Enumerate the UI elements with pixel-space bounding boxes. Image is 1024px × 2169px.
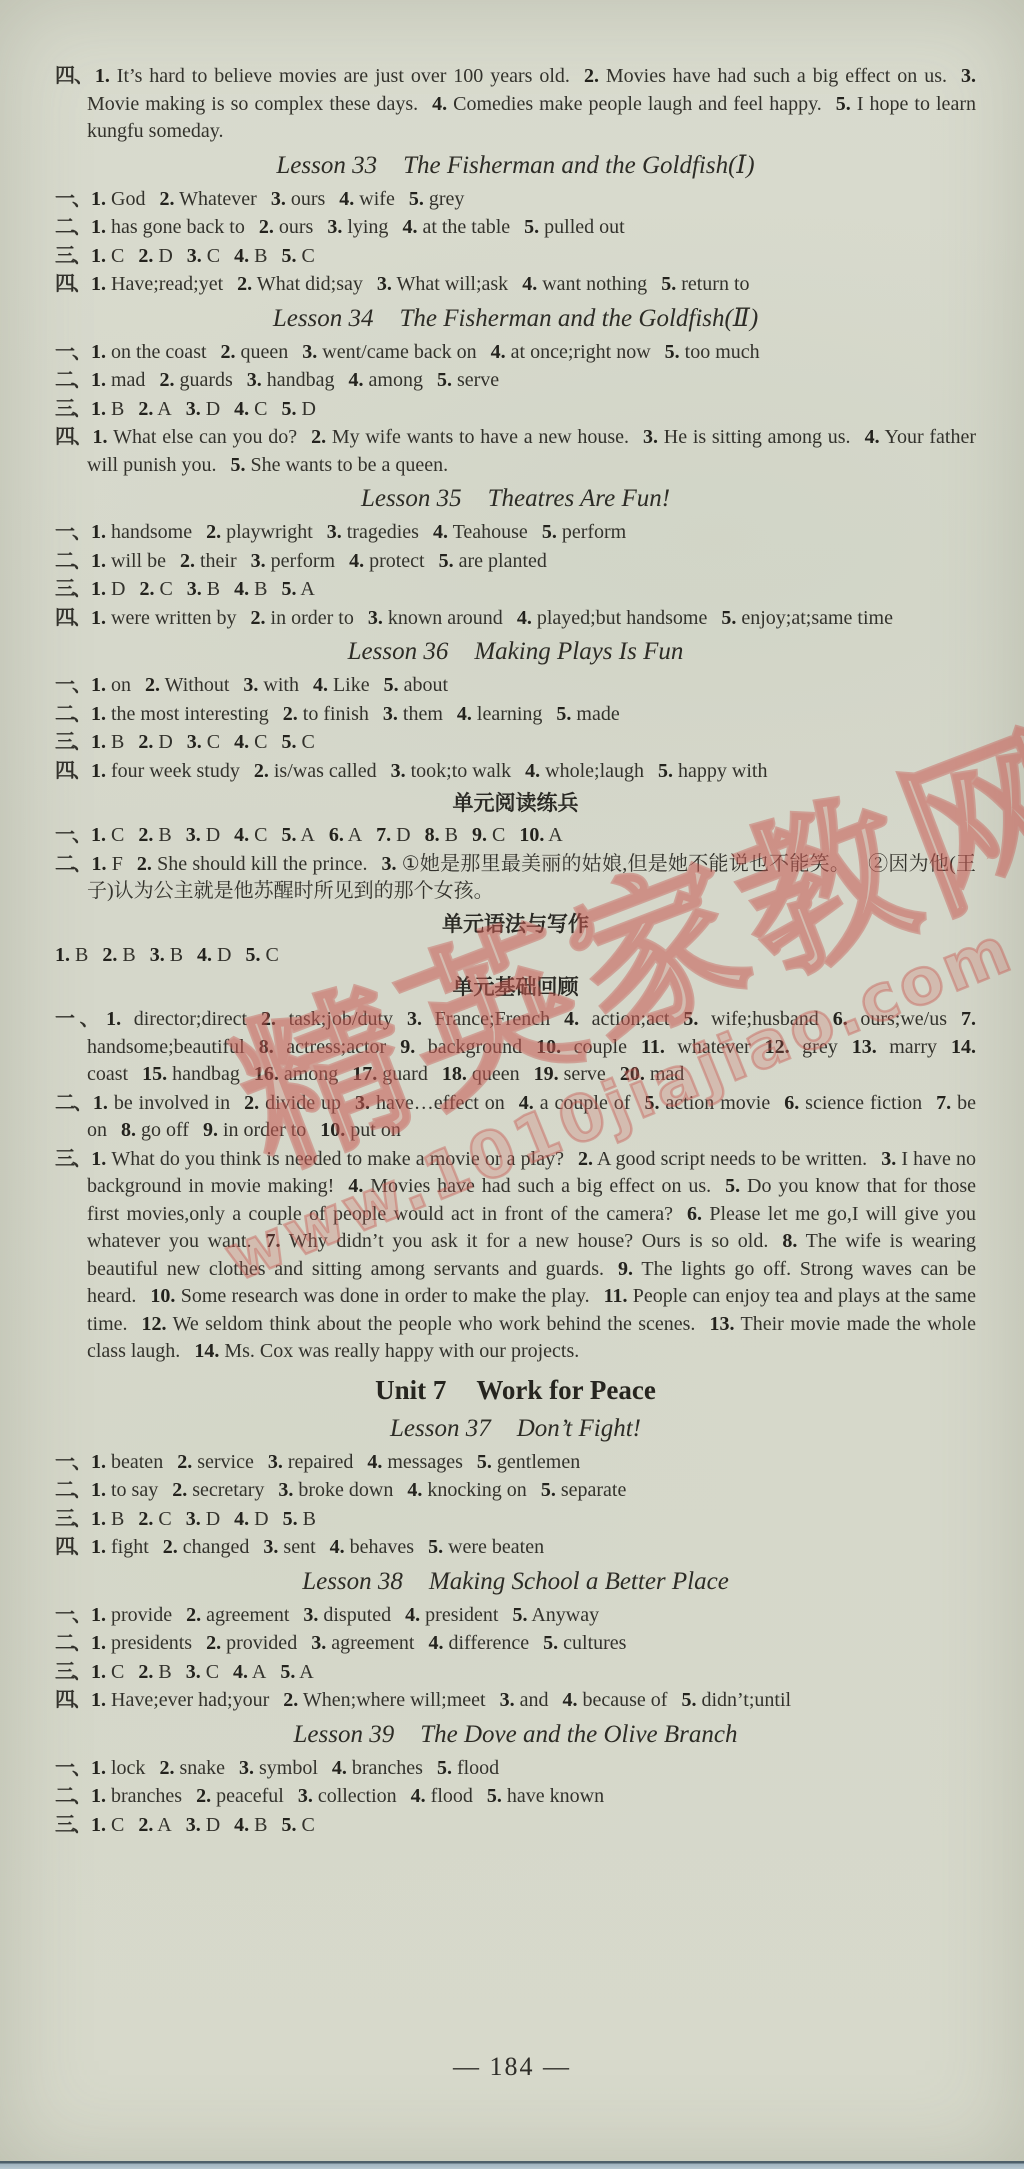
answer-number: 2. <box>584 65 599 87</box>
lesson-heading: Lesson 33The Fisherman and the Goldfish(… <box>55 148 976 184</box>
answer-number: 10. <box>536 1036 561 1058</box>
answer-number: 3. <box>251 550 266 572</box>
answer-number: 4. <box>517 607 532 629</box>
answer-number: 5. <box>658 760 673 782</box>
answer-number: 1. <box>91 216 106 238</box>
answer-number: 4. <box>411 1785 426 1807</box>
answer-text: A <box>344 824 362 846</box>
answer-text: tragedies <box>342 521 419 543</box>
answer-text: and <box>515 1689 549 1711</box>
answer-text: C <box>106 1814 124 1836</box>
answer-text: Movies have had such a big effect on us. <box>363 1175 711 1197</box>
answer-number: 16. <box>254 1063 279 1085</box>
answer-text: D <box>201 1814 220 1836</box>
answer-number: 2. <box>206 1632 221 1654</box>
answer-number: 1. <box>91 578 106 600</box>
answer-text: Without <box>160 674 229 696</box>
answer-text: want nothing <box>537 273 647 295</box>
answer-number: 5. <box>281 578 296 600</box>
answer-text: took;to walk <box>406 760 512 782</box>
answer-text: What else can you do? <box>107 426 297 448</box>
answer-text: B <box>249 578 267 600</box>
answer-text: Movie making is so complex these days. <box>87 93 418 115</box>
answer-section-label: 四、 <box>55 63 93 87</box>
answer-text: C <box>249 398 267 420</box>
answer-text: Ms. Cox was really happy with our projec… <box>219 1340 579 1362</box>
answer-line-group: 四、1. Have;ever had;your2. When;where wil… <box>55 1686 976 1715</box>
answer-section-label: 三、 <box>55 729 89 753</box>
answer-text: C <box>202 245 220 267</box>
answer-text: C <box>154 578 172 600</box>
page-number: — 184 — <box>0 2052 1024 2082</box>
answer-text: D <box>212 944 231 966</box>
answer-number: 5. <box>409 188 424 210</box>
answer-section-label: 四、 <box>55 424 90 448</box>
answer-text: D <box>153 731 172 753</box>
answer-number: 4. <box>402 216 417 238</box>
answer-section-label: 四、 <box>55 758 89 782</box>
answer-number: 2. <box>177 1451 192 1473</box>
answer-text: were written by <box>106 607 237 629</box>
answer-text: went/came back on <box>317 341 476 363</box>
answer-number: 1. <box>91 1814 106 1836</box>
answer-line-group: 一、1. provide2. agreement3. disputed4. pr… <box>55 1601 976 1630</box>
answer-text: about <box>399 674 448 696</box>
answer-number: 7. <box>961 1008 976 1030</box>
lesson-heading: Lesson 36Making Plays Is Fun <box>55 634 976 670</box>
answer-number: 15. <box>142 1063 167 1085</box>
answer-text: be involved in <box>108 1092 230 1114</box>
answer-number: 2. <box>138 824 153 846</box>
answer-text: known around <box>383 607 503 629</box>
answer-section-label: 三、 <box>55 1506 89 1530</box>
answer-number: 2. <box>283 1689 298 1711</box>
answer-text: difference <box>443 1632 529 1654</box>
answer-number: 2. <box>138 245 153 267</box>
answer-number: 7. <box>936 1092 951 1114</box>
answer-number: 5. <box>721 607 736 629</box>
answer-text: collection <box>313 1785 397 1807</box>
answer-number: 1. <box>91 188 106 210</box>
answer-text: secretary <box>187 1479 264 1501</box>
answer-text: D <box>201 1508 220 1530</box>
answer-number: 1. <box>91 760 106 782</box>
answer-text: What do you think is needed to make a mo… <box>106 1148 564 1170</box>
answer-line-group: 二、1. be involved in2. divide up3. have…e… <box>55 1089 976 1145</box>
answer-number: 4. <box>407 1479 422 1501</box>
answer-number: 4. <box>522 273 537 295</box>
answer-text: A <box>296 578 314 600</box>
answer-number: 1. <box>93 1092 108 1114</box>
answer-text: divide up <box>259 1092 341 1114</box>
answer-section-label: 二、 <box>55 367 89 391</box>
answer-number: 5. <box>477 1451 492 1473</box>
answer-section-label: 二、 <box>55 701 89 725</box>
answer-number: 4. <box>234 731 249 753</box>
lesson-title: The Fisherman and the Goldfish(Ⅱ) <box>400 305 759 332</box>
answer-line-group: 1. B2. B3. B4. D5. C <box>55 942 976 970</box>
answer-line-group: 三、1. B2. D3. C4. C5. C <box>55 728 976 757</box>
answer-number: 5. <box>281 824 296 846</box>
lesson-heading: Lesson 37Don’t Fight! <box>55 1411 976 1447</box>
answer-section-label: 二、 <box>55 1090 91 1114</box>
answer-number: 3. <box>150 944 165 966</box>
answer-number: 2. <box>138 731 153 753</box>
answer-text: ours <box>286 188 325 210</box>
answer-number: 1. <box>91 853 106 875</box>
answer-number: 5. <box>428 1536 443 1558</box>
answer-text: task;job/duty <box>276 1008 393 1030</box>
answer-text: are planted <box>454 550 547 572</box>
answer-text: science fiction <box>799 1092 922 1114</box>
answer-number: 3. <box>881 1148 896 1170</box>
answer-text: queen <box>236 341 289 363</box>
answer-text: agreement <box>326 1632 414 1654</box>
answer-text: learning <box>472 703 543 725</box>
answer-number: 18. <box>442 1063 467 1085</box>
answer-text: put on <box>345 1119 401 1141</box>
answer-text: repaired <box>283 1451 354 1473</box>
answer-number: 4. <box>197 944 212 966</box>
answer-text: Have;ever had;your <box>106 1689 269 1711</box>
answer-number: 4. <box>432 93 447 115</box>
answer-text: C <box>106 824 124 846</box>
answer-text: C <box>296 1814 314 1836</box>
answer-line-group: 一、1. handsome2. playwright3. tragedies4.… <box>55 518 976 547</box>
answer-text: Anyway <box>527 1604 599 1626</box>
answer-text: A good script needs to be written. <box>593 1148 867 1170</box>
answer-text: guards <box>174 369 232 391</box>
answer-number: 14. <box>194 1340 219 1362</box>
answer-number: 3. <box>271 188 286 210</box>
answer-text: four week study <box>106 760 240 782</box>
answer-number: 5. <box>281 398 296 420</box>
answer-number: 7. <box>265 1230 280 1252</box>
answer-line-group: 三、1. What do you think is needed to make… <box>55 1145 976 1366</box>
answer-line-group: 二、1. the most interesting2. to finish3. … <box>55 700 976 729</box>
answer-text: on the coast <box>106 341 207 363</box>
answer-text: God <box>106 188 145 210</box>
answer-section-label: 四、 <box>55 271 89 295</box>
answer-section-label: 二、 <box>55 548 89 572</box>
answer-number: 6. <box>833 1008 848 1030</box>
answer-text: C <box>296 731 314 753</box>
answer-number: 5. <box>541 1479 556 1501</box>
answer-text: C <box>249 824 267 846</box>
answer-number: 1. <box>91 1536 106 1558</box>
answer-number: 3. <box>268 1451 283 1473</box>
answer-number: 2. <box>578 1148 593 1170</box>
answer-number: 10. <box>519 824 544 846</box>
answer-text: broke down <box>293 1479 393 1501</box>
answer-number: 4. <box>428 1632 443 1654</box>
answer-number: 4. <box>865 426 880 448</box>
answer-line-group: 一、1. on the coast2. queen3. went/came ba… <box>55 338 976 367</box>
answer-text: beaten <box>106 1451 163 1473</box>
answer-number: 1. <box>91 398 106 420</box>
answer-number: 5. <box>644 1092 659 1114</box>
answer-text: has gone back to <box>106 216 245 238</box>
answer-text: ours;we/us <box>848 1008 947 1030</box>
lesson-title: Don’t Fight! <box>517 1415 641 1442</box>
answer-number: 3. <box>407 1008 422 1030</box>
answer-text: serve <box>559 1063 606 1085</box>
answer-text: have…effect on <box>370 1092 505 1114</box>
answer-number: 1. <box>91 607 106 629</box>
answer-number: 9. <box>618 1258 633 1280</box>
answer-text: among <box>279 1063 338 1085</box>
unit-heading: Unit 7Work for Peace <box>55 1371 976 1409</box>
answer-text: behaves <box>345 1536 414 1558</box>
answer-text: whatever <box>665 1036 751 1058</box>
answer-text: C <box>260 944 278 966</box>
answer-line-group: 四、1. fight2. changed3. sent4. behaves5. … <box>55 1533 976 1562</box>
answer-text: grey <box>424 188 465 210</box>
answer-text: whole;laugh <box>540 760 644 782</box>
answer-number: 1. <box>91 369 106 391</box>
answer-text: handsome;beautiful <box>87 1036 245 1058</box>
answer-text: lock <box>106 1757 145 1779</box>
answer-number: 8. <box>121 1119 136 1141</box>
answer-number: 4. <box>564 1008 579 1030</box>
answer-text: Why didn’t you ask it for a new house? O… <box>280 1230 768 1252</box>
answer-section-label: 三、 <box>55 396 89 420</box>
answer-number: 1. <box>91 1757 106 1779</box>
answer-number: 2. <box>139 578 154 600</box>
answer-section-label: 三、 <box>55 243 89 267</box>
answer-text: in order to <box>218 1119 306 1141</box>
answer-number: 10. <box>320 1119 345 1141</box>
answer-text: grey <box>790 1036 838 1058</box>
answer-text: C <box>201 1661 219 1683</box>
answer-number: 5. <box>665 341 680 363</box>
answer-text: playwright <box>221 521 313 543</box>
answer-text: Whatever <box>174 188 256 210</box>
answer-number: 1. <box>91 273 106 295</box>
answer-section-label: 二、 <box>55 1477 89 1501</box>
answer-text: B <box>106 1508 124 1530</box>
answer-number: 4. <box>457 703 472 725</box>
answer-number: 4. <box>519 1092 534 1114</box>
answer-number: 2. <box>237 273 252 295</box>
answer-text: at once;right now <box>506 341 651 363</box>
answer-section-label: 一、 <box>55 1602 89 1626</box>
answer-line-group: 一、1. director;direct2. task;job/duty3. F… <box>55 1005 976 1089</box>
answer-section-label: 三、 <box>55 1659 89 1683</box>
answer-number: 8. <box>782 1230 797 1252</box>
answer-text: provided <box>221 1632 297 1654</box>
lesson-heading: Lesson 34The Fisherman and the Goldfish(… <box>55 301 976 337</box>
answer-number: 9. <box>472 824 487 846</box>
lesson-title: Making Plays Is Fun <box>474 638 683 665</box>
answer-number: 4. <box>433 521 448 543</box>
answer-number: 1. <box>91 341 106 363</box>
answer-number: 1. <box>92 426 107 448</box>
section-heading-chinese: 单元基础回顾 <box>55 972 976 1003</box>
answer-text: background <box>415 1036 522 1058</box>
answer-number: 5. <box>681 1689 696 1711</box>
answer-number: 2. <box>259 216 274 238</box>
answer-line-group: 三、1. C2. B3. C4. A5. A <box>55 1658 976 1687</box>
answer-number: 1. <box>91 521 106 543</box>
answer-number: 11. <box>604 1285 628 1307</box>
answer-text: coast <box>87 1063 128 1085</box>
answer-number: 5. <box>683 1008 698 1030</box>
answer-text: at the table <box>417 216 510 238</box>
answer-line-group: 三、1. D2. C3. B4. B5. A <box>55 575 976 604</box>
answer-text: D <box>391 824 410 846</box>
answer-number: 1. <box>91 1785 106 1807</box>
answer-text: perform <box>266 550 335 572</box>
answer-text: serve <box>452 369 499 391</box>
answer-number: 4. <box>491 341 506 363</box>
answer-text: A <box>153 1814 171 1836</box>
answer-text: service <box>192 1451 254 1473</box>
answer-number: 3. <box>377 273 392 295</box>
answer-number: 4. <box>234 1814 249 1836</box>
answer-number: 4. <box>234 245 249 267</box>
answer-number: 2. <box>196 1785 211 1807</box>
answer-text: action movie <box>659 1092 770 1114</box>
answer-text: cultures <box>558 1632 626 1654</box>
answer-number: 5. <box>836 93 851 115</box>
answer-number: 3. <box>186 824 201 846</box>
answer-number: 5. <box>281 1814 296 1836</box>
answer-number: 8. <box>259 1036 274 1058</box>
lesson-heading: Lesson 38Making School a Better Place <box>55 1564 976 1600</box>
answer-text: happy with <box>673 760 767 782</box>
answer-text: B <box>249 1814 267 1836</box>
answer-text: protect <box>364 550 425 572</box>
answer-text: Have;read;yet <box>106 273 223 295</box>
answer-text: B <box>153 824 171 846</box>
answer-number: 2. <box>261 1008 276 1030</box>
answer-line-group: 四、1. four week study2. is/was called3. t… <box>55 757 976 786</box>
answer-text: pulled out <box>539 216 625 238</box>
answer-text: A <box>153 398 171 420</box>
answer-number: 3. <box>247 369 262 391</box>
answer-text: director;direct <box>121 1008 247 1030</box>
answer-number: 5. <box>283 1508 298 1530</box>
answer-text: branches <box>347 1757 423 1779</box>
answer-section-label: 四、 <box>55 1687 89 1711</box>
answer-text: have known <box>502 1785 604 1807</box>
answer-text: because of <box>578 1689 668 1711</box>
answer-section-label: 一、 <box>55 672 89 696</box>
section-heading-chinese: 单元语法与写作 <box>55 909 976 940</box>
answer-line-group: 二、1. will be2. their3. perform4. protect… <box>55 547 976 576</box>
answer-number: 4. <box>234 1508 249 1530</box>
answer-number: 3. <box>355 1092 370 1114</box>
answer-text: A <box>248 1661 266 1683</box>
answer-text: ours <box>274 216 313 238</box>
answer-number: 4. <box>525 760 540 782</box>
answer-text: the most interesting <box>106 703 269 725</box>
answer-number: 1. <box>91 731 106 753</box>
answer-text: messages <box>382 1451 463 1473</box>
answer-number: 4. <box>405 1604 420 1626</box>
answer-number: 4. <box>330 1536 345 1558</box>
answer-text: go off <box>136 1119 189 1141</box>
answer-number: 5. <box>439 550 454 572</box>
answers-content: 四、1. It’s hard to believe movies are jus… <box>0 0 1024 1839</box>
answer-number: 5. <box>556 703 571 725</box>
answer-text: fight <box>106 1536 149 1558</box>
answer-text: symbol <box>254 1757 318 1779</box>
answer-text: D <box>201 398 220 420</box>
answer-number: 4. <box>234 824 249 846</box>
answer-line-group: 一、1. God2. Whatever3. ours4. wife5. grey <box>55 185 976 214</box>
answer-text: wife <box>354 188 395 210</box>
answer-text: What did;say <box>252 273 363 295</box>
answer-number: 3. <box>187 245 202 267</box>
answer-text: D <box>296 398 315 420</box>
answer-number: 1. <box>91 1148 106 1170</box>
answer-number: 3. <box>368 607 383 629</box>
answer-number: 2. <box>159 369 174 391</box>
answer-number: 3. <box>263 1536 278 1558</box>
lesson-number: Lesson 36 <box>348 638 449 665</box>
answer-number: 2. <box>311 426 326 448</box>
answer-text: It’s hard to believe movies are just ove… <box>110 65 570 87</box>
answer-line-group: 三、1. C2. D3. C4. B5. C <box>55 242 976 271</box>
answer-text: gentlemen <box>492 1451 580 1473</box>
answer-section-label: 二、 <box>55 214 89 238</box>
answer-number: 3. <box>186 1814 201 1836</box>
page-bottom-edge <box>0 2161 1024 2169</box>
answer-text: wife;husband <box>698 1008 818 1030</box>
answer-text: She wants to be a queen. <box>245 454 448 476</box>
answer-number: 5. <box>543 1632 558 1654</box>
answer-number: 12. <box>142 1313 167 1335</box>
answer-text: B <box>106 398 124 420</box>
answer-text: My wife wants to have a new house. <box>326 426 629 448</box>
answer-number: 2. <box>138 1661 153 1683</box>
answer-number: 1. <box>55 944 70 966</box>
answer-number: 4. <box>332 1757 347 1779</box>
answer-section-label: 二、 <box>55 1783 89 1807</box>
answer-text: guard <box>377 1063 428 1085</box>
answer-line-group: 四、1. What else can you do?2. My wife wan… <box>55 423 976 479</box>
answer-text: flood <box>452 1757 499 1779</box>
lesson-number: Lesson 34 <box>273 305 374 332</box>
answer-number: 5. <box>230 454 245 476</box>
lesson-heading: Lesson 39The Dove and the Olive Branch <box>55 1717 976 1753</box>
answer-line-group: 二、1. presidents2. provided3. agreement4.… <box>55 1629 976 1658</box>
unit-title: Work for Peace <box>476 1375 655 1405</box>
answer-number: 3. <box>643 426 658 448</box>
answer-number: 2. <box>138 398 153 420</box>
answer-number: 5. <box>524 216 539 238</box>
answer-number: 2. <box>180 550 195 572</box>
answer-text: flood <box>426 1785 473 1807</box>
answer-text: C <box>296 245 314 267</box>
answer-number: 4. <box>348 1175 363 1197</box>
answer-number: 4. <box>349 550 364 572</box>
answer-section-label: 三、 <box>55 1812 89 1836</box>
answer-line-group: 三、1. B2. C3. D4. D5. B <box>55 1505 976 1534</box>
answer-text: C <box>487 824 505 846</box>
answer-number: 4. <box>234 398 249 420</box>
answer-number: 2. <box>172 1479 187 1501</box>
answer-number: 5. <box>437 369 452 391</box>
answer-text: A <box>544 824 562 846</box>
answer-number: 4. <box>563 1689 578 1711</box>
answer-line-group: 二、1. branches2. peaceful3. collection4. … <box>55 1782 976 1811</box>
answer-number: 5. <box>384 674 399 696</box>
answer-number: 5. <box>661 273 676 295</box>
answer-number: 2. <box>283 703 298 725</box>
